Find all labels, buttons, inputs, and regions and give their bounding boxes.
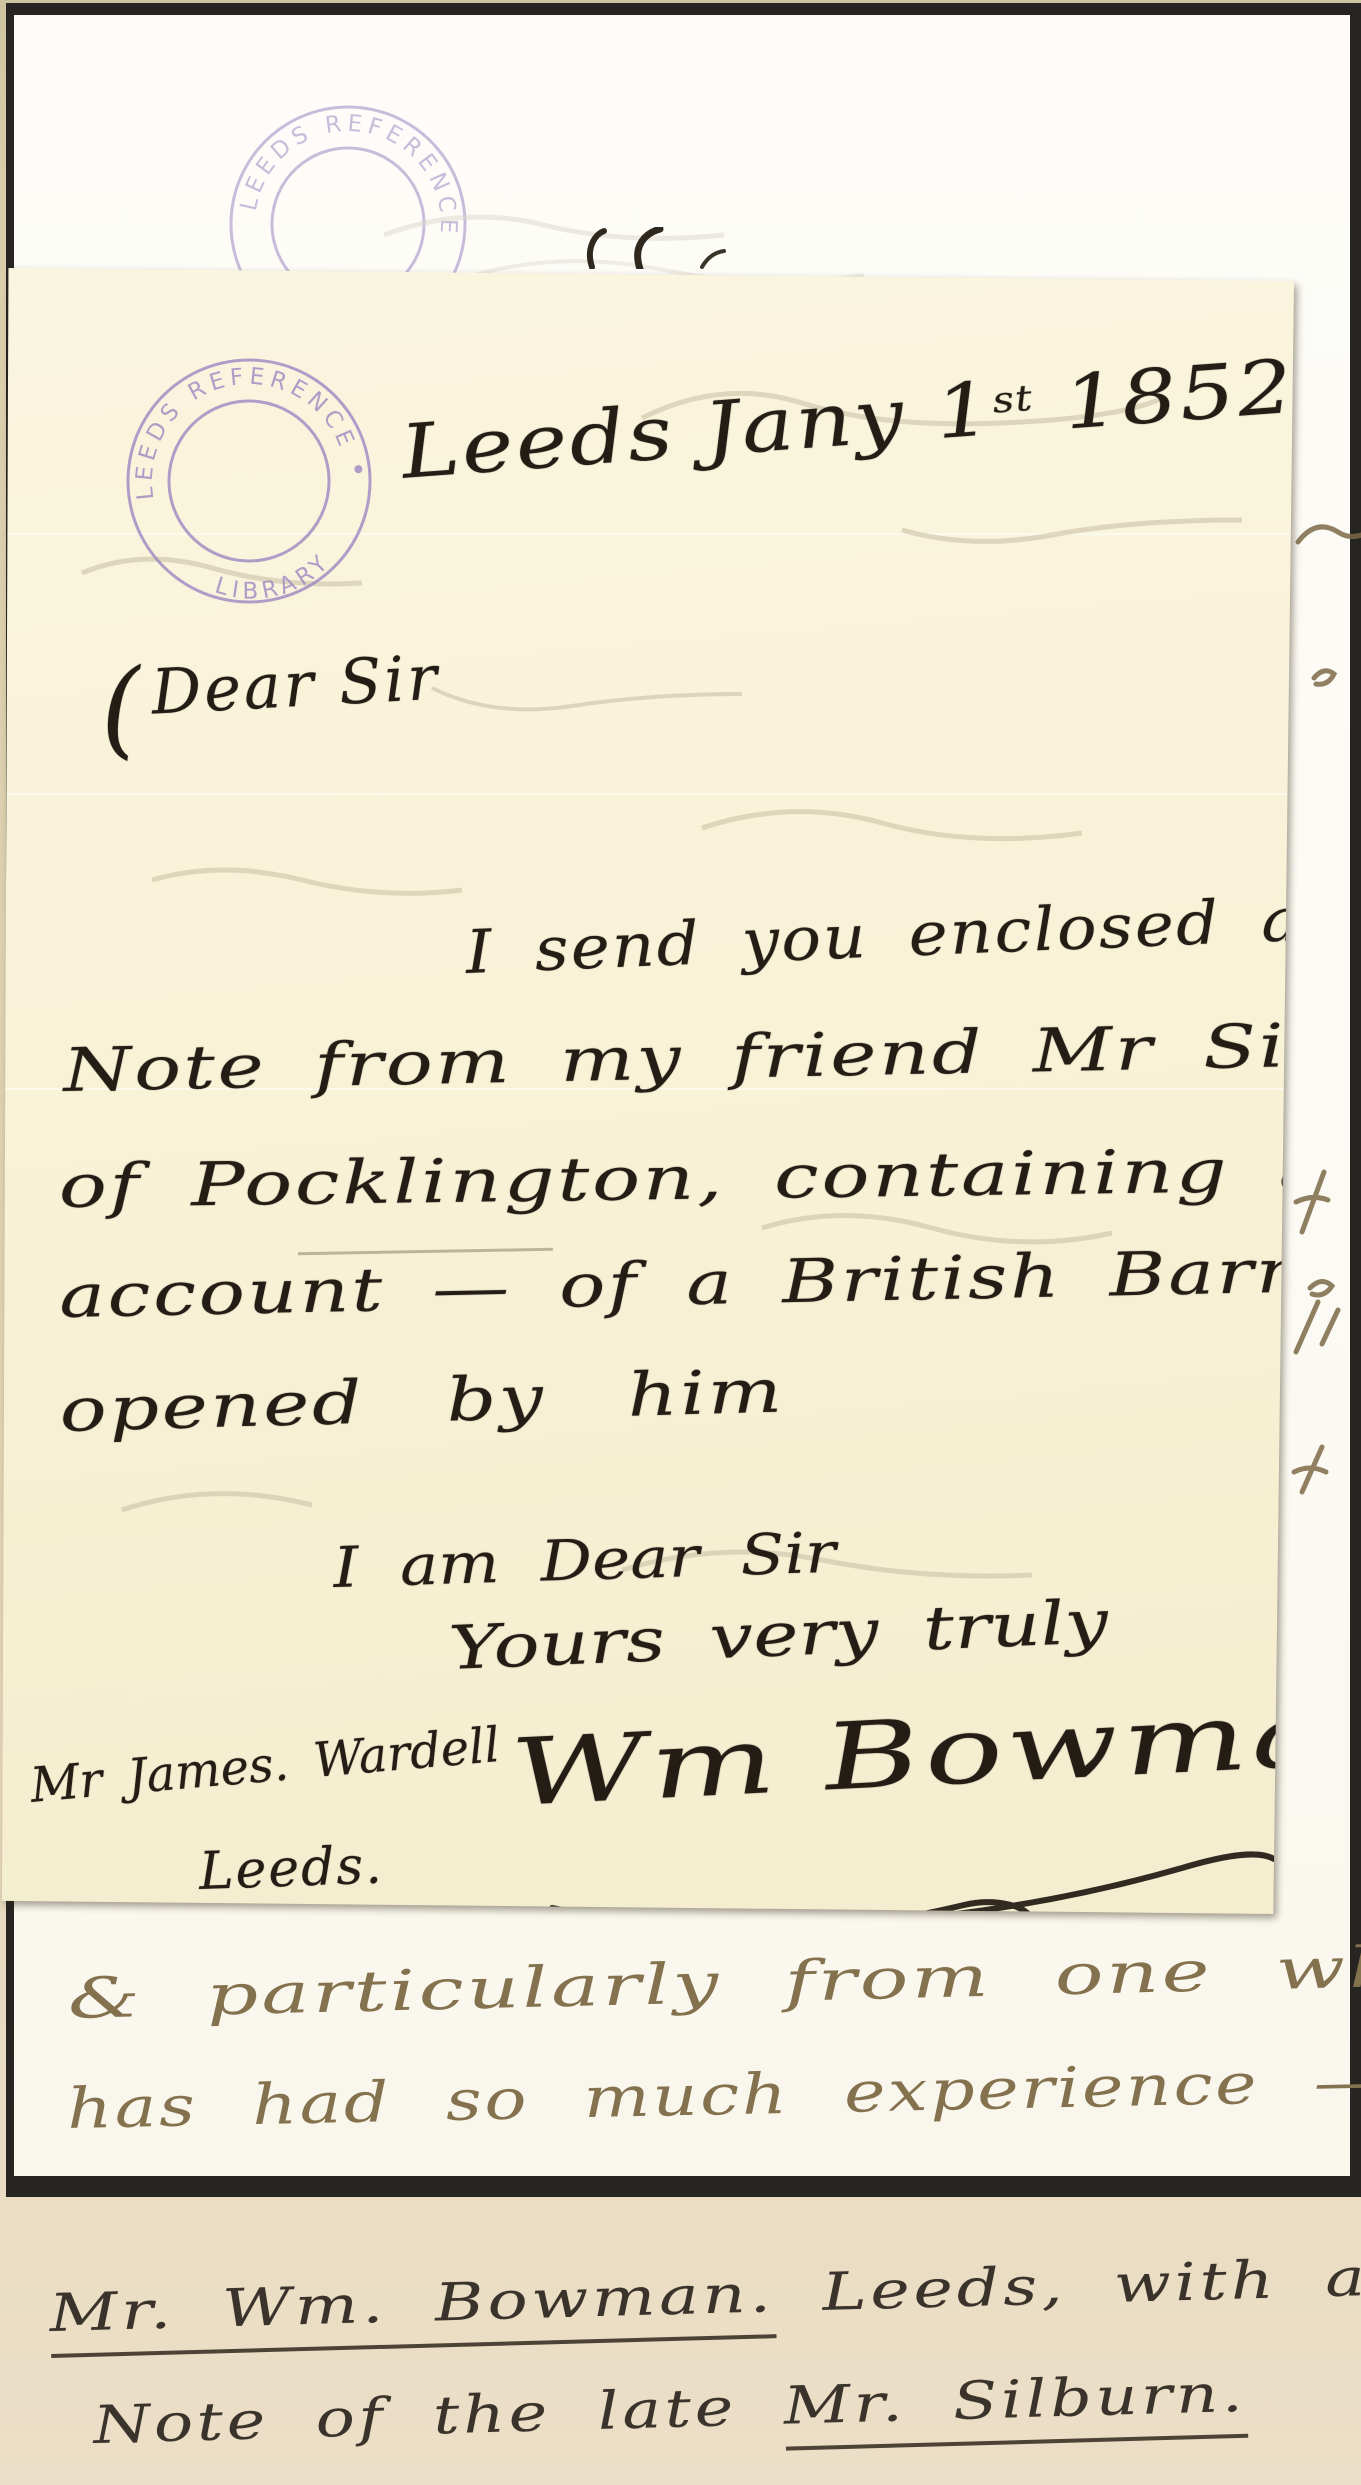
hidden-writing-fragments-top [574, 227, 734, 269]
closing-line-1: I am Dear Sir [332, 1521, 837, 1601]
scanned-letter-photograph: LEEDS REFERENCE & particularly fro [0, 0, 1361, 2485]
under-page-line-2: has had so much experience — [66, 2049, 1361, 2142]
body-line-1: I send you enclosed a [464, 885, 1304, 988]
letter-note: LEEDS REFERENCE LIBRARY Leeds Jany 1st 1… [2, 268, 1294, 1914]
caption-line-1: Mr. Wm. Bowman. Leeds, with a [48, 2248, 1361, 2358]
date-part-2: 1852. [1029, 342, 1329, 449]
date-line: Leeds Jany 1st 1852. [397, 342, 1329, 496]
body-line-2: Note from my friend Mr Silburn [62, 1007, 1361, 1106]
caption-name-silburn: Mr. Silburn. [782, 2364, 1247, 2451]
caption-name-bowman: Mr. Wm. Bowman. [48, 2264, 776, 2358]
recipient-line-2: Leeds. [198, 1836, 385, 1902]
salutation: (Dear Sir [97, 630, 444, 771]
under-page-line-1: & particularly from one who [66, 1934, 1361, 2032]
stamp-text-top: LEEDS REFERENCE [107, 339, 361, 505]
body-line-3: of Pocklington, containing an [58, 1135, 1361, 1222]
letter-note-wrap: LEEDS REFERENCE LIBRARY Leeds Jany 1st 1… [2, 268, 1294, 1914]
svg-text:LEEDS REFERENCE: LEEDS REFERENCE [107, 339, 361, 505]
caption-line-2: Note of the late Mr. Silburn. [92, 2364, 1248, 2470]
recipient-line-1: Mr James. Wardell [28, 1717, 502, 1814]
signature: Wm Bowman [507, 1675, 1361, 1826]
caption-line-2-start: Note of the late [92, 2377, 785, 2456]
body-line-5: opened by him [58, 1357, 786, 1446]
date-part-1: Leeds Jany 1 [397, 366, 998, 496]
salutation-text: Dear Sir [150, 641, 442, 729]
closing-line-2: Yours very truly [447, 1587, 1110, 1684]
paper-crease [2, 793, 1294, 795]
body-line-4: account — of a British Barrow [58, 1234, 1361, 1332]
caption-line-1-rest: Leeds, with a [821, 2248, 1361, 2323]
salutation-flourish: ( [97, 646, 148, 771]
date-ordinal: st [990, 378, 1035, 422]
library-stamp: LEEDS REFERENCE LIBRARY [85, 317, 412, 644]
